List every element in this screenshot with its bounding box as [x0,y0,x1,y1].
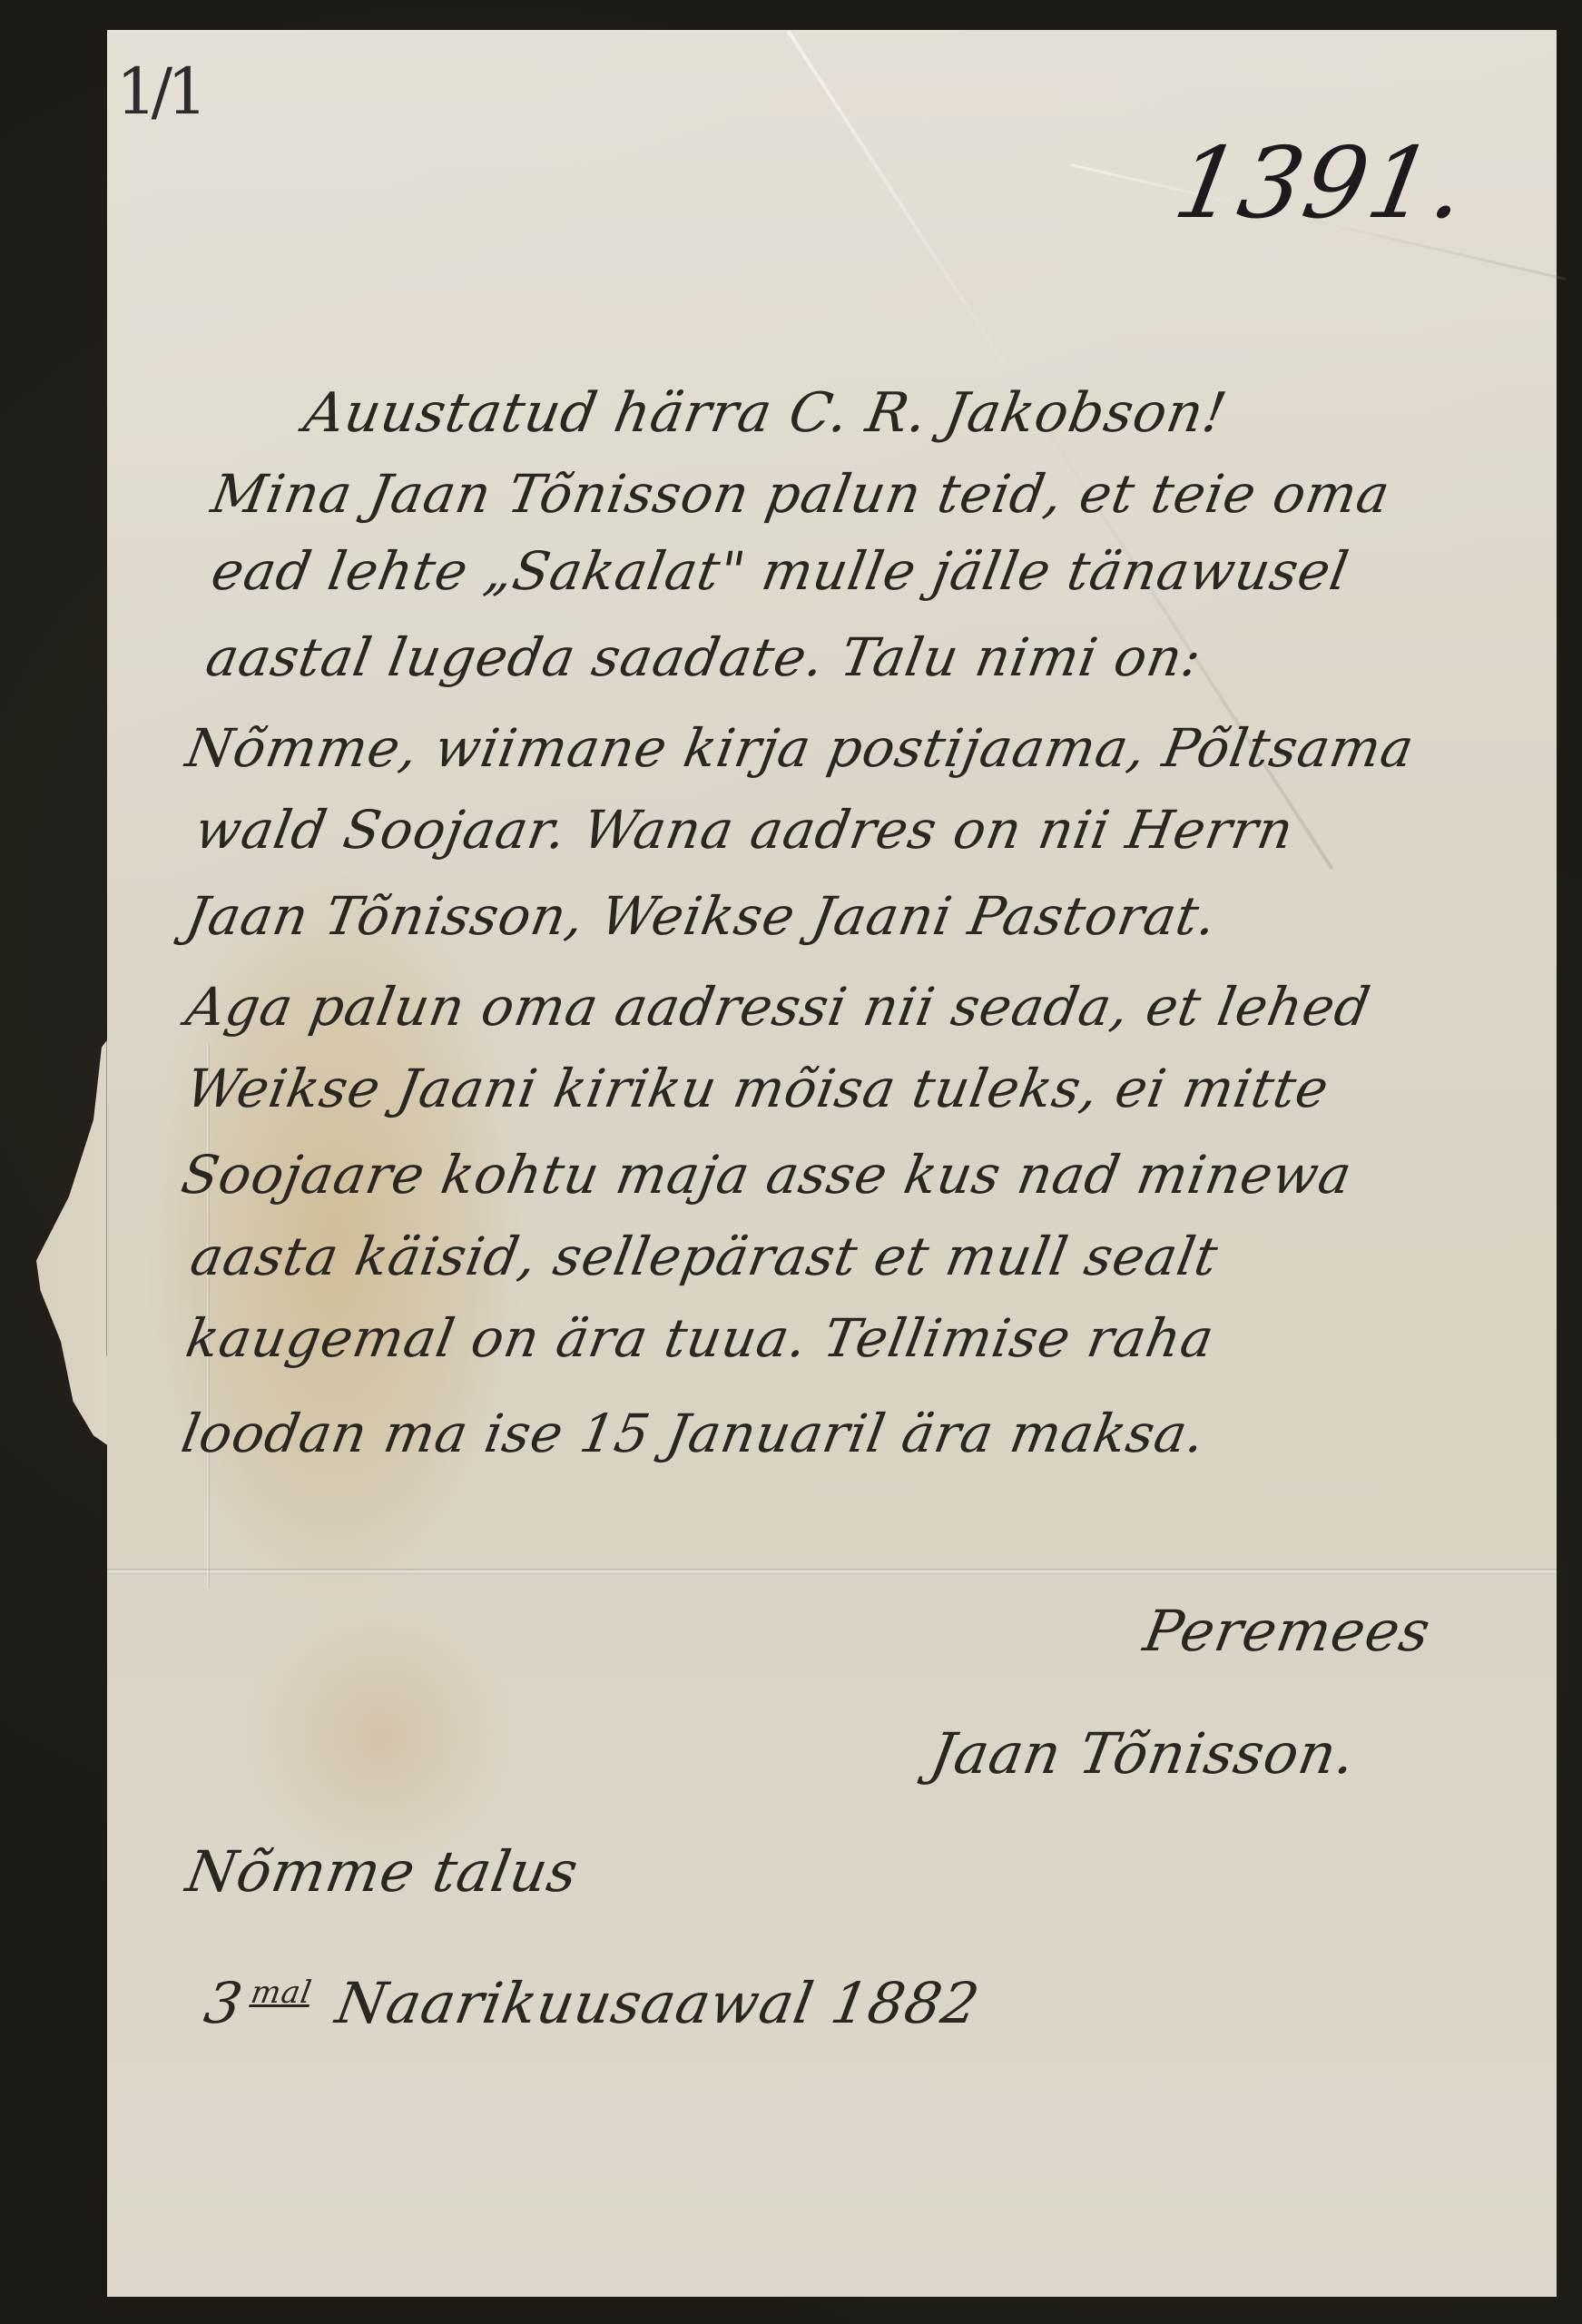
body-line-4: Nõmme, wiimane kirja postijaama, Põltsam… [182,717,1419,779]
date-day-suffix: mal [248,1974,314,2011]
body-line-1: Mina Jaan Tõnisson palun teid, et teie o… [207,463,1395,525]
body-line-5: wald Soojaar. Wana aadres on nii Herrn [191,799,1299,861]
horizontal-fold [107,1569,1557,1574]
document-number: 1391. [1166,127,1476,241]
date-rest: Naarikuusaawal 1882 [331,1970,985,2036]
body-line-12: loodan ma ise 15 Januaril ära maksa. [177,1403,1210,1464]
date-line: 3malNaarikuusaawal 1882 [200,1970,985,2036]
place-line: Nõmme talus [182,1838,584,1905]
body-line-8: Weikse Jaani kiriku mõisa tuleks, ei mit… [182,1058,1333,1119]
body-line-6: Jaan Tõnisson, Weikse Jaani Pastorat. [182,885,1222,947]
body-line-7: Aga palun oma aadressi nii seada, et leh… [182,976,1375,1038]
salutation: Auustatud härra C. R. Jakobson! [300,381,1232,445]
body-line-10: aasta käisid, sellepärast et mull sealt [186,1226,1223,1287]
signature: Jaan Tõnisson. [926,1720,1361,1787]
body-line-3: aastal lugeda saadate. Talu nimi on: [201,626,1206,688]
folio-mark: 1/1 [116,54,202,129]
body-line-11: kaugemal on ära tuua. Tellimise raha [182,1307,1219,1369]
body-line-2: ead lehte „Sakalat" mulle jälle tänawuse… [207,540,1353,602]
body-line-9: Soojaare kohtu maja asse kus nad minewa [177,1144,1357,1206]
closing-title: Peremees [1139,1598,1436,1664]
